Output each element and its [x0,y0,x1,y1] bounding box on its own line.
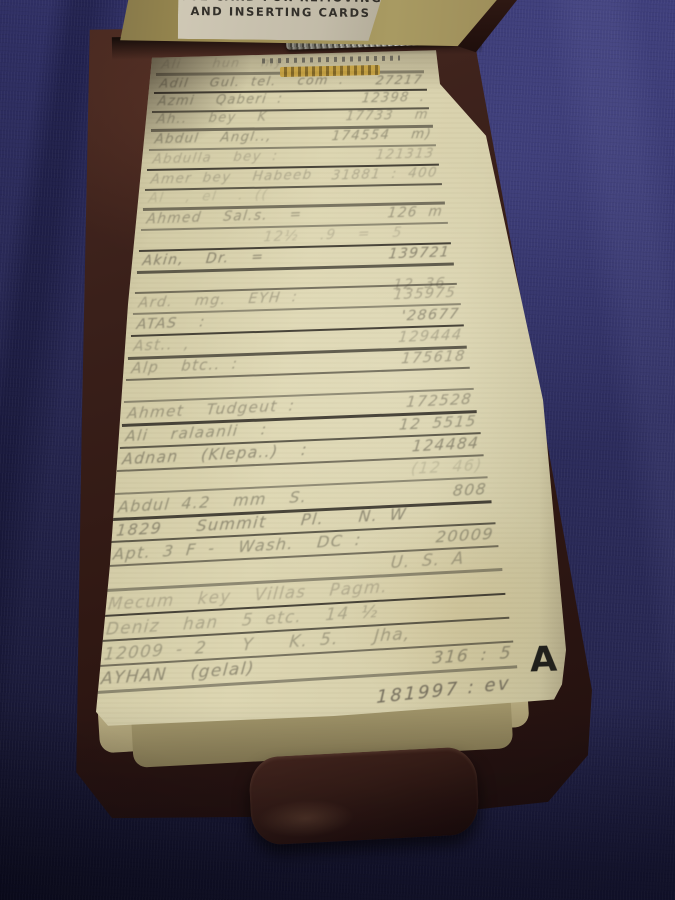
handwritten-entry-name: AYHAN (gelal) [100,658,256,689]
handwritten-entry-superscript: 12 36 [392,275,447,293]
handwritten-entry-number: 129444 [397,326,463,346]
handwritten-entry-number: 172528 [406,390,474,411]
footer-note-handwritten: 181997 : ev [376,673,511,708]
handwritten-entry-number: 12 5515 [397,412,477,434]
lid-instruction-card: USE CARD FOR REMOVING AND INSERTING CARD… [178,0,383,41]
handwritten-entry-name: ATAS : [135,314,206,333]
handwritten-entry-name: Al , el . (( [147,187,269,207]
handwritten-entry-name: Azmi Qaberi : [157,91,285,109]
handwritten-entry-number: 126 m [387,204,445,222]
binding-strip [280,65,380,77]
handwritten-entry-number: '28677 [400,306,460,324]
handwritten-entry-name: Abdulla bey : [151,149,279,167]
handwritten-entry-name: Ast.. , [133,335,192,354]
handwritten-entry-number: (12 46) [410,457,483,479]
handwritten-entry-number: 27217 [375,71,424,87]
handwritten-entry-number: 175618 [400,347,466,367]
handwritten-entry-number: 12398 . [361,89,427,105]
index-selector-knob [248,746,480,846]
handwritten-entry-number: 124484 [411,434,480,456]
handwritten-entry-number: 121313 [374,146,435,163]
handwritten-entry-name: Abdul Angl.., [153,129,272,147]
handwritten-entry-name: Alp btc.. : [131,355,240,377]
tab-letter: A [529,640,557,681]
handwritten-entry-name: Akin, Dr. = [141,249,265,269]
handwritten-entry-number: 316 : 5 [432,643,513,669]
handwritten-entry-number: 139721 [387,244,450,262]
handwritten-entry-number: 808 [451,479,487,500]
handwritten-entry-note: 12½ .9 = 5 [262,224,403,245]
handwritten-entry-number: 31881 : 400 [330,165,438,183]
handwritten-entry-number: 174554 m) [330,127,432,145]
photo-scene: Ali hun myAdil Gul. tel. com .27217Azmi … [0,0,675,900]
handwritten-entry-name: Ah.. bey K [155,110,268,128]
handwritten-entry-name: Ahmed Sal.s. = [145,206,303,227]
instruction-line2: AND INSERTING CARDS [178,4,383,21]
handwritten-entry-number: 20009 [435,525,495,548]
handwritten-entry-number: 17733 m [344,108,429,125]
